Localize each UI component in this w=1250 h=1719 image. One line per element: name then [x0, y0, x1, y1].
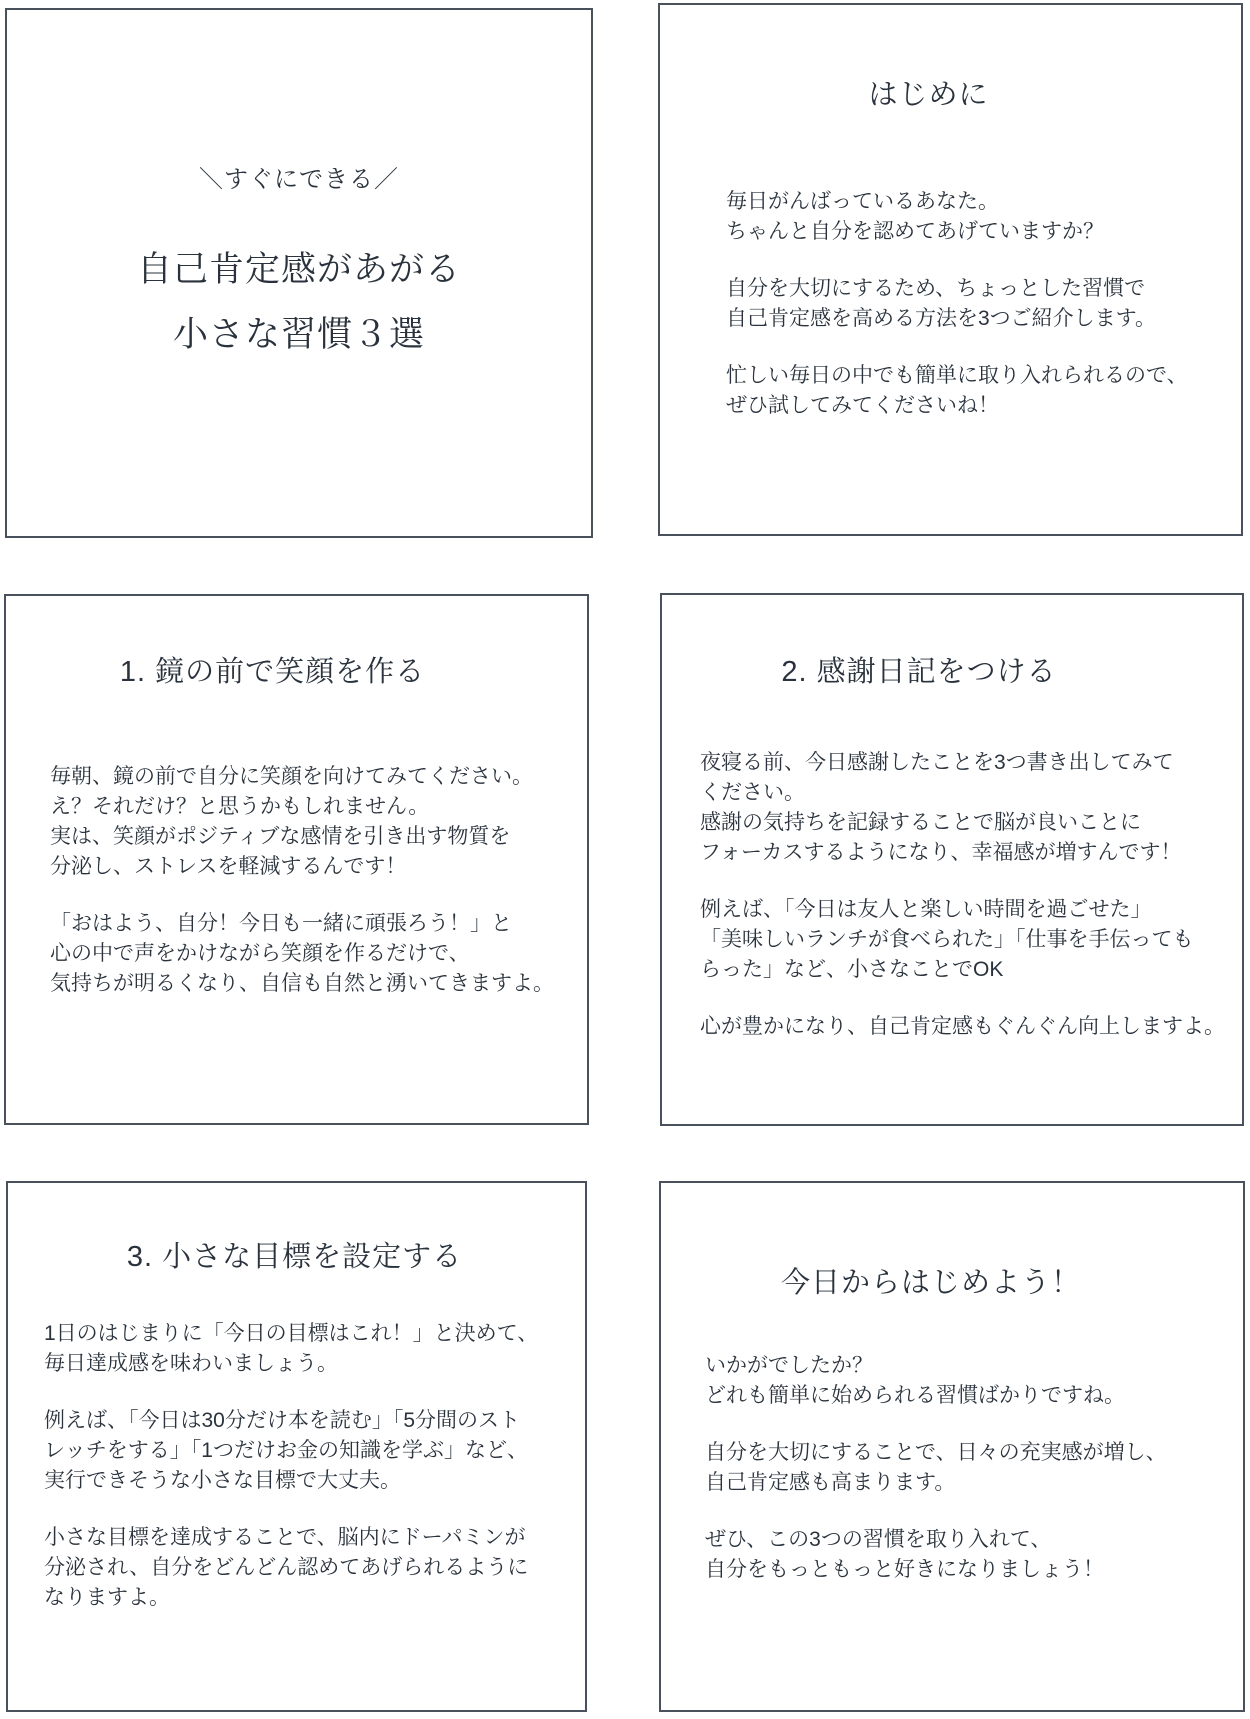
body-line: 心が豊かになり、自己肯定感もぐんぐん向上しますよ。	[700, 1012, 1242, 1042]
slide-canvas: ＼すぐにできる／ 自己肯定感があがる 小さな習慣３選 はじめに 毎日がんばってい…	[0, 0, 1250, 1719]
slide-heading: 今日からはじめよう！	[661, 1263, 1243, 1303]
slide-heading: 3. 小さな目標を設定する	[8, 1237, 585, 1277]
body-line: 自分を大切にするため、ちょっとした習慣で	[726, 274, 1241, 304]
body-line: ちゃんと自分を認めてあげていますか？	[726, 217, 1241, 247]
body-line: 「おはよう、自分！今日も一緒に頑張ろう！」と	[50, 909, 587, 939]
body-line: ぜひ、この3つの習慣を取り入れて、	[705, 1525, 1243, 1555]
body-line: ぜひ試してみてくださいね！	[726, 391, 1241, 421]
habit-3-slide: 3. 小さな目標を設定する 1日のはじまりに「今日の目標はこれ！」と決めて、 毎…	[6, 1181, 587, 1712]
body-line: ください。	[700, 778, 1242, 808]
slide-heading: 1. 鏡の前で笑顔を作る	[6, 652, 587, 692]
body-line: 分泌し、ストレスを軽減するんです！	[50, 852, 587, 882]
body-paragraph: 忙しい毎日の中でも簡単に取り入れられるので、 ぜひ試してみてくださいね！	[726, 361, 1241, 421]
body-line: なりますよ。	[44, 1583, 585, 1613]
intro-slide: はじめに 毎日がんばっているあなた。 ちゃんと自分を認めてあげていますか？ 自分…	[658, 3, 1243, 536]
body-line: どれも簡単に始められる習慣ばかりですね。	[705, 1381, 1243, 1411]
slide-body: 毎朝、鏡の前で自分に笑顔を向けてみてください。 え？それだけ？と思うかもしれませ…	[6, 762, 587, 999]
body-line: 例えば、「今日は友人と楽しい時間を過ごせた」	[700, 895, 1242, 925]
body-paragraph: いかがでしたか？ どれも簡単に始められる習慣ばかりですね。	[705, 1351, 1243, 1411]
body-paragraph: 小さな目標を達成することで、脳内にドーパミンが 分泌され、自分をどんどん認めてあ…	[44, 1523, 585, 1613]
habit-1-slide: 1. 鏡の前で笑顔を作る 毎朝、鏡の前で自分に笑顔を向けてみてください。 え？そ…	[4, 594, 589, 1125]
body-line: 1日のはじまりに「今日の目標はこれ！」と決めて、	[44, 1319, 585, 1349]
body-paragraph: 自分を大切にするため、ちょっとした習慣で 自己肯定感を高める方法を3つご紹介しま…	[726, 274, 1241, 334]
body-line: 毎日達成感を味わいましょう。	[44, 1349, 585, 1379]
body-paragraph: 例えば、「今日は友人と楽しい時間を過ごせた」 「美味しいランチが食べられた」「仕…	[700, 895, 1242, 985]
body-paragraph: 毎朝、鏡の前で自分に笑顔を向けてみてください。 え？それだけ？と思うかもしれませ…	[50, 762, 587, 882]
body-paragraph: 夜寝る前、今日感謝したことを3つ書き出してみて ください。 感謝の気持ちを記録す…	[700, 748, 1242, 868]
slide-body: 夜寝る前、今日感謝したことを3つ書き出してみて ください。 感謝の気持ちを記録す…	[662, 748, 1242, 1042]
body-line: 実は、笑顔がポジティブな感情を引き出す物質を	[50, 822, 587, 852]
body-line: 感謝の気持ちを記録することで脳が良いことに	[700, 808, 1242, 838]
slide-heading: はじめに	[660, 75, 1241, 115]
body-line: 小さな目標を達成することで、脳内にドーパミンが	[44, 1523, 585, 1553]
body-line: 気持ちが明るくなり、自信も自然と湧いてきますよ。	[50, 969, 587, 999]
body-line: レッチをする」「1つだけお金の知識を学ぶ」など、	[44, 1436, 585, 1466]
habit-2-slide: 2. 感謝日記をつける 夜寝る前、今日感謝したことを3つ書き出してみて ください…	[660, 593, 1244, 1126]
cover-title-line: 小さな習慣３選	[7, 302, 591, 367]
body-line: 自分をもっともっと好きになりましょう！	[705, 1555, 1243, 1585]
cover-title-line: 自己肯定感があがる	[7, 237, 591, 302]
body-line: 例えば、「今日は30分だけ本を読む」「5分間のスト	[44, 1406, 585, 1436]
body-line: 自分を大切にすることで、日々の充実感が増し、	[705, 1438, 1243, 1468]
body-paragraph: ぜひ、この3つの習慣を取り入れて、 自分をもっともっと好きになりましょう！	[705, 1525, 1243, 1585]
slide-body: いかがでしたか？ どれも簡単に始められる習慣ばかりですね。 自分を大切にすること…	[661, 1351, 1243, 1585]
body-paragraph: 1日のはじまりに「今日の目標はこれ！」と決めて、 毎日達成感を味わいましょう。	[44, 1319, 585, 1379]
body-paragraph: 心が豊かになり、自己肯定感もぐんぐん向上しますよ。	[700, 1012, 1242, 1042]
body-line: え？それだけ？と思うかもしれません。	[50, 792, 587, 822]
body-line: 夜寝る前、今日感謝したことを3つ書き出してみて	[700, 748, 1242, 778]
cover-slide: ＼すぐにできる／ 自己肯定感があがる 小さな習慣３選	[5, 8, 593, 538]
body-line: 忙しい毎日の中でも簡単に取り入れられるので、	[726, 361, 1241, 391]
body-paragraph: 例えば、「今日は30分だけ本を読む」「5分間のスト レッチをする」「1つだけお金…	[44, 1406, 585, 1496]
body-line: 毎日がんばっているあなた。	[726, 187, 1241, 217]
cover-title: 自己肯定感があがる 小さな習慣３選	[7, 237, 591, 367]
body-line: 心の中で声をかけながら笑顔を作るだけで、	[50, 939, 587, 969]
slide-body: 1日のはじまりに「今日の目標はこれ！」と決めて、 毎日達成感を味わいましょう。 …	[8, 1319, 585, 1613]
body-line: 自己肯定感も高まります。	[705, 1468, 1243, 1498]
body-line: フォーカスするようになり、幸福感が増すんです！	[700, 838, 1242, 868]
body-paragraph: 「おはよう、自分！今日も一緒に頑張ろう！」と 心の中で声をかけながら笑顔を作るだ…	[50, 909, 587, 999]
body-paragraph: 自分を大切にすることで、日々の充実感が増し、 自己肯定感も高まります。	[705, 1438, 1243, 1498]
outro-slide: 今日からはじめよう！ いかがでしたか？ どれも簡単に始められる習慣ばかりですね。…	[659, 1181, 1245, 1712]
body-line: らった」など、小さなことでOK	[700, 955, 1242, 985]
slide-body: 毎日がんばっているあなた。 ちゃんと自分を認めてあげていますか？ 自分を大切にす…	[660, 187, 1241, 421]
body-line: いかがでしたか？	[705, 1351, 1243, 1381]
body-line: 「美味しいランチが食べられた」「仕事を手伝っても	[700, 925, 1242, 955]
body-paragraph: 毎日がんばっているあなた。 ちゃんと自分を認めてあげていますか？	[726, 187, 1241, 247]
body-line: 分泌され、自分をどんどん認めてあげられるように	[44, 1553, 585, 1583]
body-line: 自己肯定感を高める方法を3つご紹介します。	[726, 304, 1241, 334]
body-line: 実行できそうな小さな目標で大丈夫。	[44, 1466, 585, 1496]
slide-heading: 2. 感謝日記をつける	[662, 652, 1242, 692]
cover-subtitle: ＼すぐにできる／	[7, 163, 591, 197]
body-line: 毎朝、鏡の前で自分に笑顔を向けてみてください。	[50, 762, 587, 792]
